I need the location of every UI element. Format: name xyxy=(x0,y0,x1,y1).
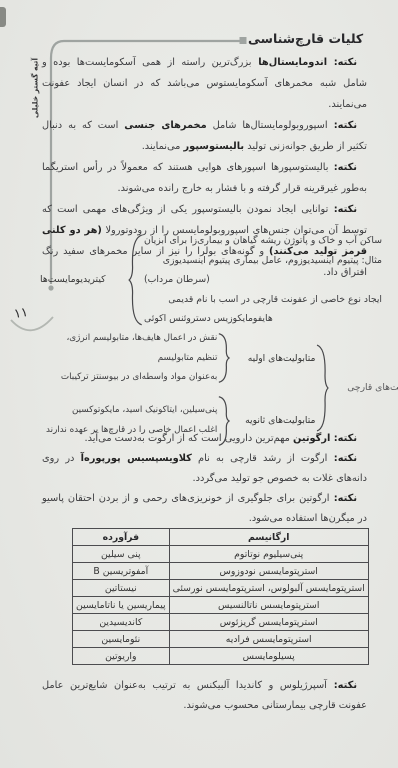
note-paragraph: نکته: ارگوتین برای جلوگیری از خونریزی‌ها… xyxy=(42,489,367,529)
note-paragraph: نکته: اندومایستال‌ها بزرگ‌ترین راسته از … xyxy=(42,52,367,115)
note-text-segment: نکته: xyxy=(328,204,357,215)
product-cell: پنی سیلین xyxy=(73,546,170,563)
spine-watermark: آتیه گستر خلیلی xyxy=(31,58,40,118)
chytrids-label: کیتریدیومایست‌ها xyxy=(40,274,128,285)
organism-cell: پنی‌سیلیوم نوتاتوم xyxy=(169,546,368,563)
table-row: استرپتومایسس نودوزوس آمفوتریسین B xyxy=(73,563,369,580)
product-cell: واریوتین xyxy=(73,648,170,665)
note-segments: نکته: بالیستوسپورها اسپورهای هوایی هستند… xyxy=(42,162,367,194)
curly-brace-icon xyxy=(315,342,329,434)
metabolites-group-label: متابولیت‌های ثانویه xyxy=(233,415,315,426)
metabolites-group-label: متابولیت‌های اولیه xyxy=(233,353,315,364)
product-column-header: فرآورده xyxy=(73,529,170,546)
note-paragraph: نکته: آسپرژیلوس و کاندیدا آلبیکنس به ترت… xyxy=(42,676,367,716)
note-text-segment: کلاویسپسیس پورپوره‌آ xyxy=(81,453,192,464)
note-text-segment: مخمرهای جنسی xyxy=(124,120,206,131)
notes-bottom-section: نکته: آسپرژیلوس و کاندیدا آلبیکنس به ترت… xyxy=(42,676,367,716)
note-text-segment: آسپرژیلوس و کاندیدا آلبیکنس به ترتیب به‌… xyxy=(42,680,367,711)
organism-cell: استرپتومایسس فرادیه xyxy=(169,631,368,648)
metabolites-group-items: نقش در اعمال هایف‌ها، متابولیسم انرژی، ت… xyxy=(46,329,217,388)
scan-edge-mark xyxy=(0,7,6,27)
notes-middle-section: نکته: ارگوتین مهم‌ترین دارویی است که از … xyxy=(42,429,367,529)
note-text-segment: نکته: xyxy=(328,162,357,173)
product-cell: پیماریسین یا ناتامایسین xyxy=(73,597,170,614)
organism-cell: استرپتومایسس آلبولوس، استرپتومایسس نورسئ… xyxy=(169,580,368,597)
diagram-item: ایجاد نوع خاصی از عفونت قارچی در اسب با … xyxy=(144,290,382,310)
table-row: استرپتومایسس گریزئوس کاندیسیدین xyxy=(73,614,369,631)
product-cell: کاندیسیدین xyxy=(73,614,170,631)
note-text-segment: اسپوروبولومایستال‌ها شامل xyxy=(207,120,328,131)
metabolites-main-label: متابولیت‌های قارچی xyxy=(332,382,398,393)
diagram-item: (سرطان مرداب) xyxy=(144,270,382,290)
note-text-segment: ارگوت از رشد قارچی به نام xyxy=(192,453,327,464)
diagram-item: به‌عنوان مواد واسطه‌ای در بیوسنتز ترکیبا… xyxy=(46,368,217,388)
curly-brace-icon xyxy=(217,332,230,384)
book-page: آتیه گستر خلیلی کلیات قارچ‌شناسی نکته: ا… xyxy=(0,0,398,768)
note-text-segment: نکته: xyxy=(327,453,357,464)
table-row: پنی‌سیلیوم نوتاتوم پنی سیلین xyxy=(73,546,369,563)
curly-brace-icon xyxy=(128,232,144,328)
diagram-item: مثال: پیتیوم اینسیدیوزوم، عامل بیماری پی… xyxy=(144,251,382,271)
diagram-item: نقش در اعمال هایف‌ها، متابولیسم انرژی، xyxy=(46,329,217,349)
diagram-item: پنی‌سیلین، ایتاکونیک اسید، مایکوتوکسین xyxy=(46,401,217,421)
note-segments: نکته: ارگوتین مهم‌ترین دارویی است که از … xyxy=(84,433,357,444)
chytrids-items: ساکن آب و خاک و پاتوژن ریشه گیاهان و بیم… xyxy=(144,231,382,329)
note-text-segment: بالیستوسپورها اسپورهای هوایی هستند که مع… xyxy=(42,162,367,194)
diagram-item: هایفومایکوزیس دستروئنس اکوئی xyxy=(144,309,382,329)
product-cell: آمفوتریسین B xyxy=(73,563,170,580)
table-header-row: ارگانیسم فرآورده xyxy=(73,529,369,546)
note-text-segment: نکته: ارگوتین xyxy=(293,433,357,444)
note-text-segment: نکته: xyxy=(327,680,357,691)
note-paragraph: نکته: اسپوروبولومایستال‌ها شامل مخمرهای … xyxy=(42,115,367,157)
note-text-segment: ارگوتین برای جلوگیری از خونریزی‌های رحمی… xyxy=(42,493,367,524)
note-text-segment: نکته: xyxy=(328,120,357,131)
table-row: استرپتومایسس ناتالنسیس پیماریسین یا ناتا… xyxy=(73,597,369,614)
organism-column-header: ارگانیسم xyxy=(169,529,368,546)
chytrids-diagram: کیتریدیومایست‌ها ساکن آب و خاک و پاتوژن … xyxy=(40,231,370,329)
note-text-segment: مهم‌ترین دارویی است که از ارگوت به‌دست م… xyxy=(84,433,293,444)
note-segments: نکته: ارگوت از رشد قارچی به نام کلاویسپس… xyxy=(42,453,367,484)
note-text-segment: می‌نمایند. xyxy=(142,141,184,152)
note-text-segment: نکته: xyxy=(329,493,357,504)
note-segments: نکته: اندومایستال‌ها بزرگ‌ترین راسته از … xyxy=(42,57,367,110)
product-cell: نیستاتین xyxy=(73,580,170,597)
note-paragraph: نکته: بالیستوسپورها اسپورهای هوایی هستند… xyxy=(42,157,367,199)
table-header: ارگانیسم فرآورده xyxy=(73,529,369,546)
note-segments: نکته: آسپرژیلوس و کاندیدا آلبیکنس به ترت… xyxy=(42,680,367,711)
header-rule-square-marker xyxy=(240,37,247,44)
table-row: پسیلومایسس واریوتین xyxy=(73,648,369,665)
note-paragraph: نکته: ارگوتین مهم‌ترین دارویی است که از … xyxy=(42,429,367,449)
page-number: ۱۱ xyxy=(13,305,29,322)
organism-cell: استرپتومایسس گریزئوس xyxy=(169,614,368,631)
note-segments: نکته: ارگوتین برای جلوگیری از خونریزی‌ها… xyxy=(42,493,367,524)
note-text-segment: نکته: اندومایستال‌ها xyxy=(252,57,357,68)
note-paragraph: نکته: ارگوت از رشد قارچی به نام کلاویسپس… xyxy=(42,449,367,489)
organism-cell: پسیلومایسس xyxy=(169,648,368,665)
note-text-segment: بالیستوسپور xyxy=(184,141,245,152)
organism-cell: استرپتومایسس نودوزوس xyxy=(169,563,368,580)
diagram-item: ساکن آب و خاک و پاتوژن ریشه گیاهان و بیم… xyxy=(144,231,382,251)
product-cell: نئومایسین xyxy=(73,631,170,648)
table-row: استرپتومایسس فرادیه نئومایسین xyxy=(73,631,369,648)
note-segments: نکته: اسپوروبولومایستال‌ها شامل مخمرهای … xyxy=(42,120,367,152)
diagram-item: تنظیم متابولیسم xyxy=(46,349,217,369)
organism-product-table: ارگانیسم فرآورده پنی‌سیلیوم نوتاتوم پنی … xyxy=(72,528,369,665)
organism-cell: استرپتومایسس ناتالنسیس xyxy=(169,597,368,614)
table-row: استرپتومایسس آلبولوس، استرپتومایسس نورسئ… xyxy=(73,580,369,597)
table-body: پنی‌سیلیوم نوتاتوم پنی سیلین استرپتومایس… xyxy=(73,546,369,665)
page-title: کلیات قارچ‌شناسی xyxy=(248,31,363,46)
metabolites-group: نقش در اعمال هایف‌ها، متابولیسم انرژی، ت… xyxy=(46,329,315,388)
